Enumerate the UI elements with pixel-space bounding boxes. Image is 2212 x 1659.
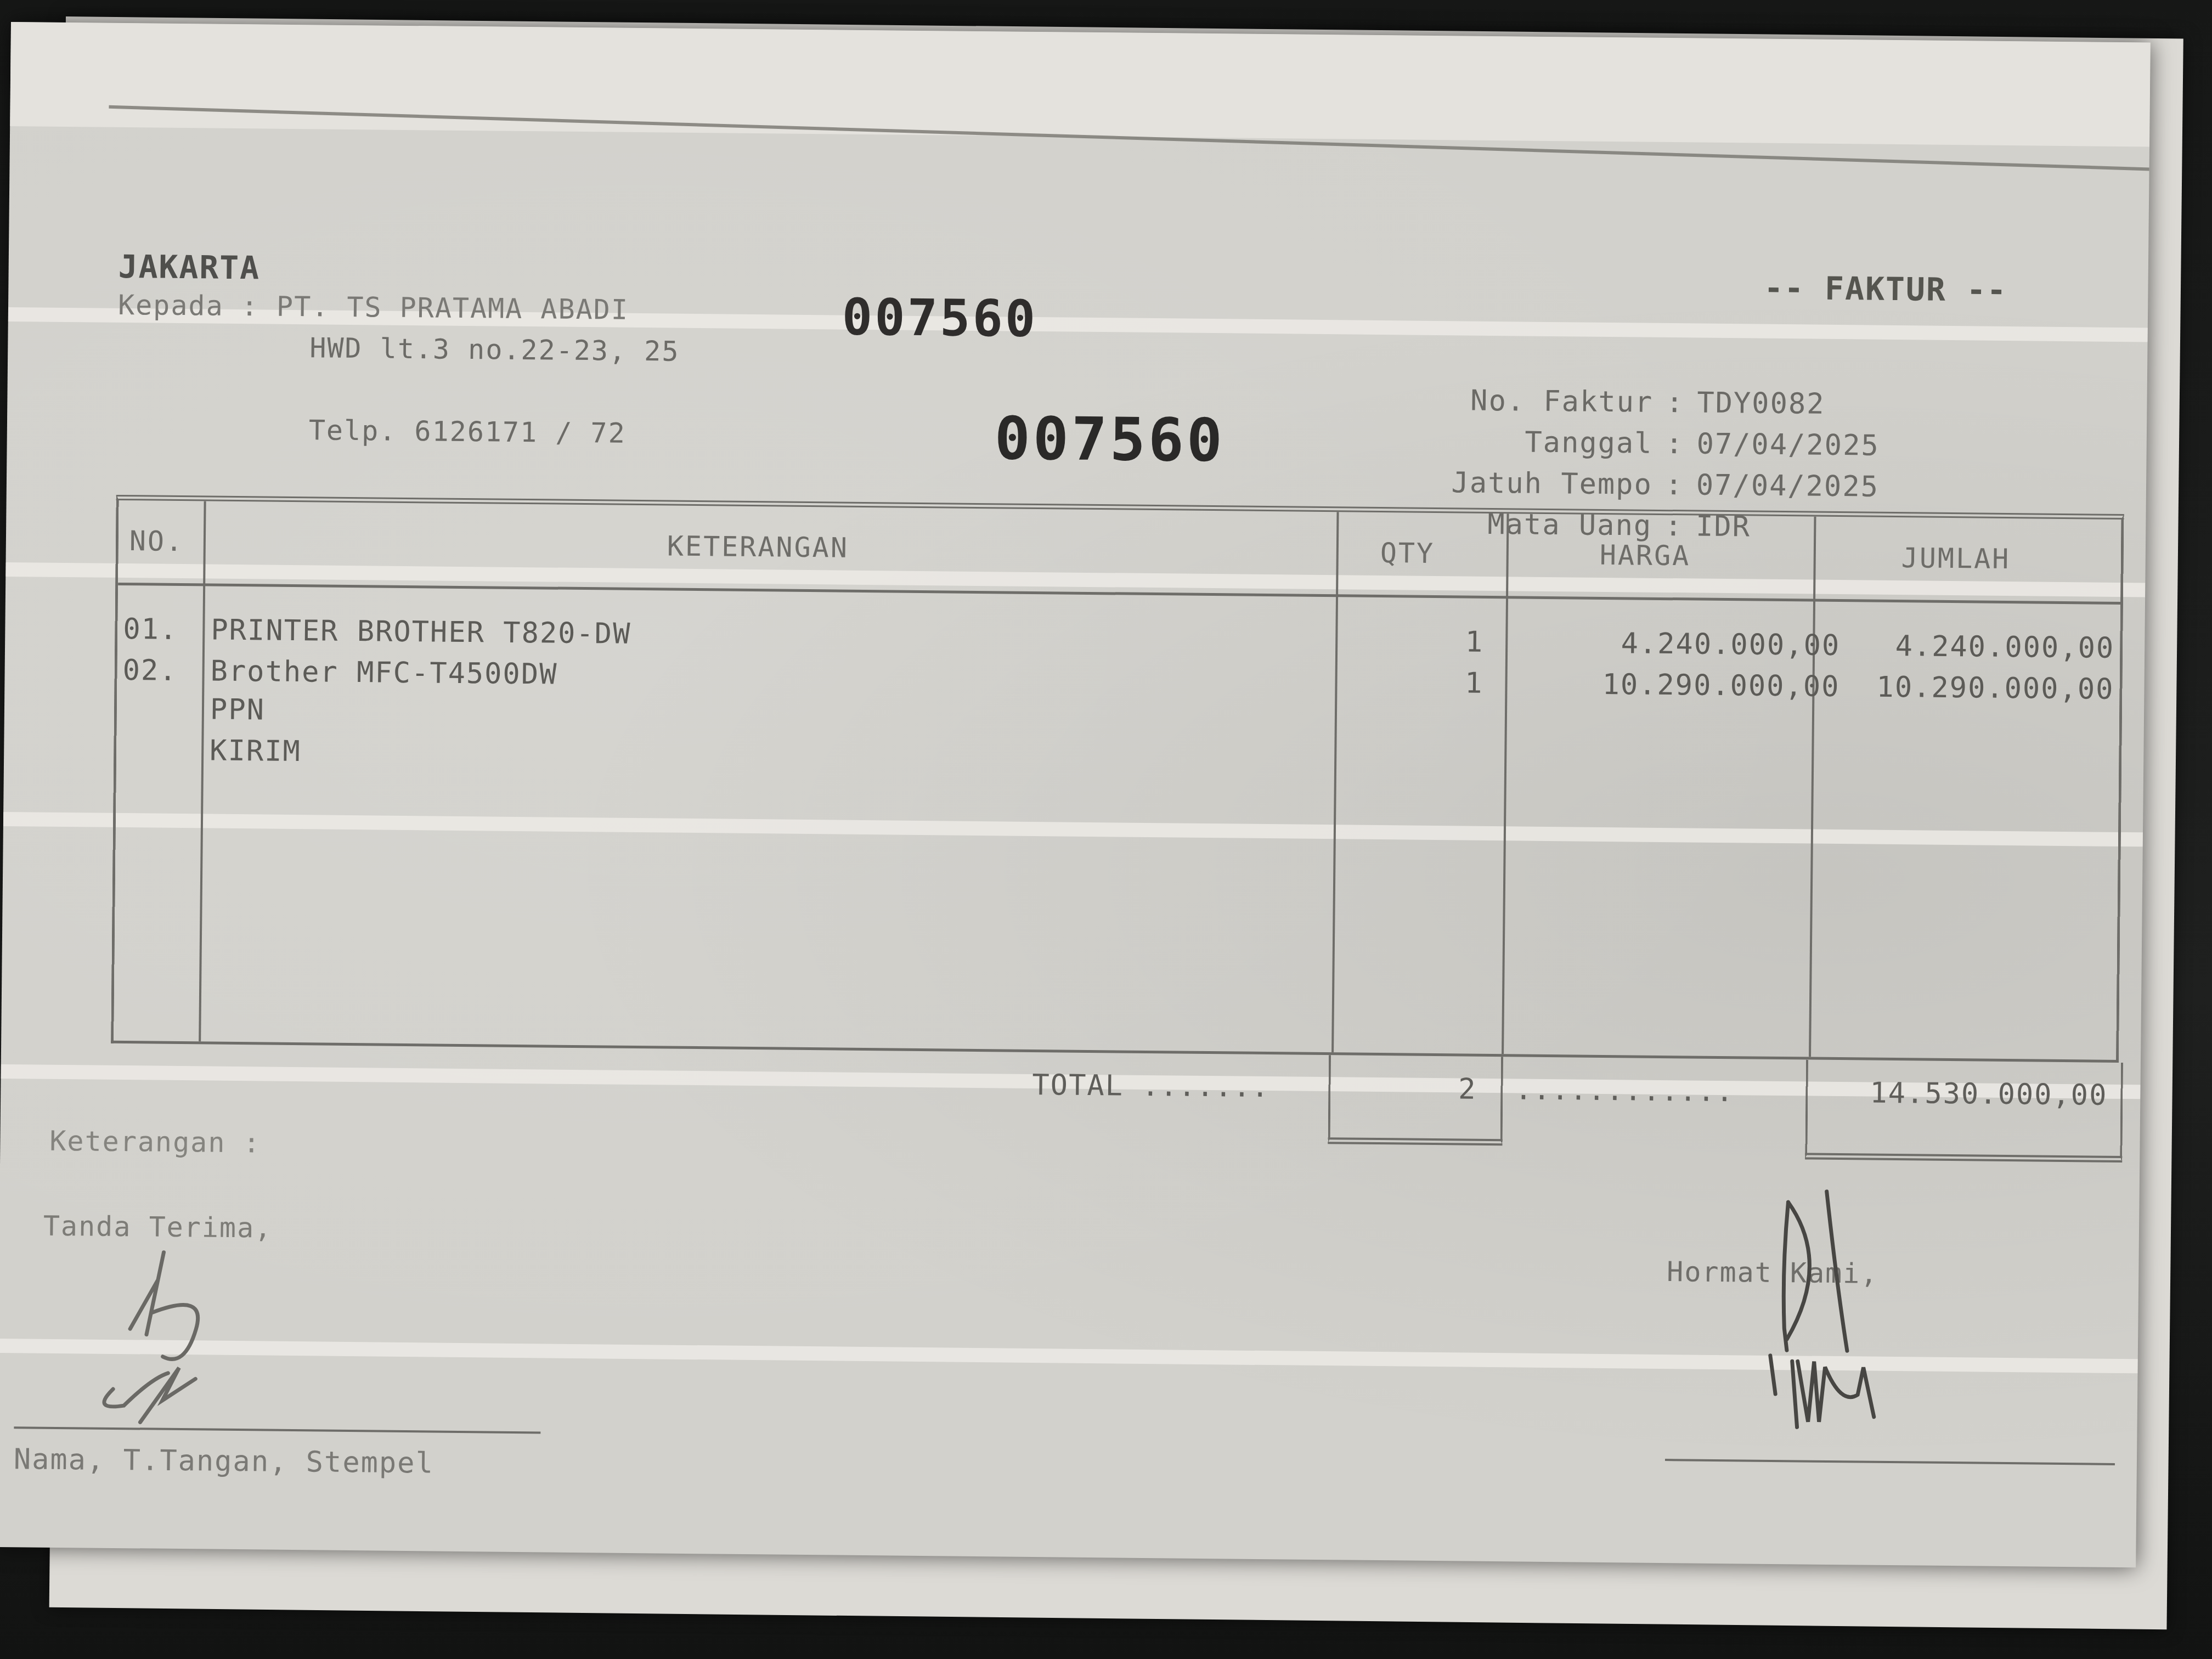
serial-number-stamp: 007560 (994, 404, 1225, 475)
serial-number-stamp-top: 007560 (842, 288, 1037, 348)
total-qty: 2 (1339, 1071, 1477, 1105)
row-price: 4.240.000,00 (1522, 626, 1841, 662)
receiver-caption: Nama, T.Tangan, Stempel (14, 1443, 435, 1480)
sender-regards-label: Hormat Kami, (1667, 1256, 1878, 1290)
row-amount: 4.240.000,00 (1851, 629, 2115, 665)
total-label: TOTAL ....... (1032, 1069, 1270, 1104)
total-filler: ............ (1515, 1073, 1734, 1108)
fold-crease (0, 1339, 2138, 1373)
column-header-amount: JUMLAH (1901, 542, 2011, 575)
items-table: NO. KETERANGAN QTY HARGA JUMLAH 01. PRIN… (111, 495, 2124, 1063)
photo-scene: JAKARTA Kepada : PT. TS PRATAMA ABADI HW… (0, 0, 2212, 1659)
sender-signature (1753, 1186, 1953, 1472)
document-title: -- FAKTUR -- (1764, 269, 2007, 309)
row-description: Brother MFC-T4500DW (210, 655, 557, 691)
row-amount: 10.290.000,00 (1850, 670, 2114, 706)
row-price: 10.290.000,00 (1521, 667, 1840, 703)
column-header-description: KETERANGAN (667, 531, 849, 564)
column-header-no: NO. (129, 525, 184, 557)
row-number: 01. (123, 613, 178, 646)
row-description: PPN (210, 693, 265, 727)
invoice-sheet: JAKARTA Kepada : PT. TS PRATAMA ABADI HW… (0, 22, 2151, 1567)
row-description: KIRIM (210, 735, 301, 769)
receiver-signature-line (14, 1426, 540, 1434)
total-amount: 14.530.000,00 (1816, 1076, 2108, 1112)
column-header-price: HARGA (1600, 539, 1691, 572)
company-city: JAKARTA (118, 248, 260, 286)
header-divider (118, 583, 2120, 605)
recipient-line: Kepada : PT. TS PRATAMA ABADI (118, 289, 629, 326)
sender-signature-line (1665, 1459, 2115, 1465)
row-number: 02. (122, 654, 177, 687)
column-header-qty: QTY (1380, 537, 1435, 569)
row-qty: 1 (1346, 665, 1483, 699)
recipient-address: HWD lt.3 no.22-23, 25 (309, 332, 680, 367)
perforated-top-band (10, 22, 2151, 146)
notes-label: Keterangan : (49, 1125, 261, 1159)
row-description: PRINTER BROTHER T820-DW (211, 614, 631, 651)
totals-section: TOTAL ....... 2 ............ 14.530.000,… (110, 1043, 2119, 1172)
received-by-label: Tanda Terima, (43, 1210, 273, 1244)
row-qty: 1 (1346, 624, 1484, 658)
recipient-phone: Telp. 6126171 / 72 (309, 414, 626, 449)
